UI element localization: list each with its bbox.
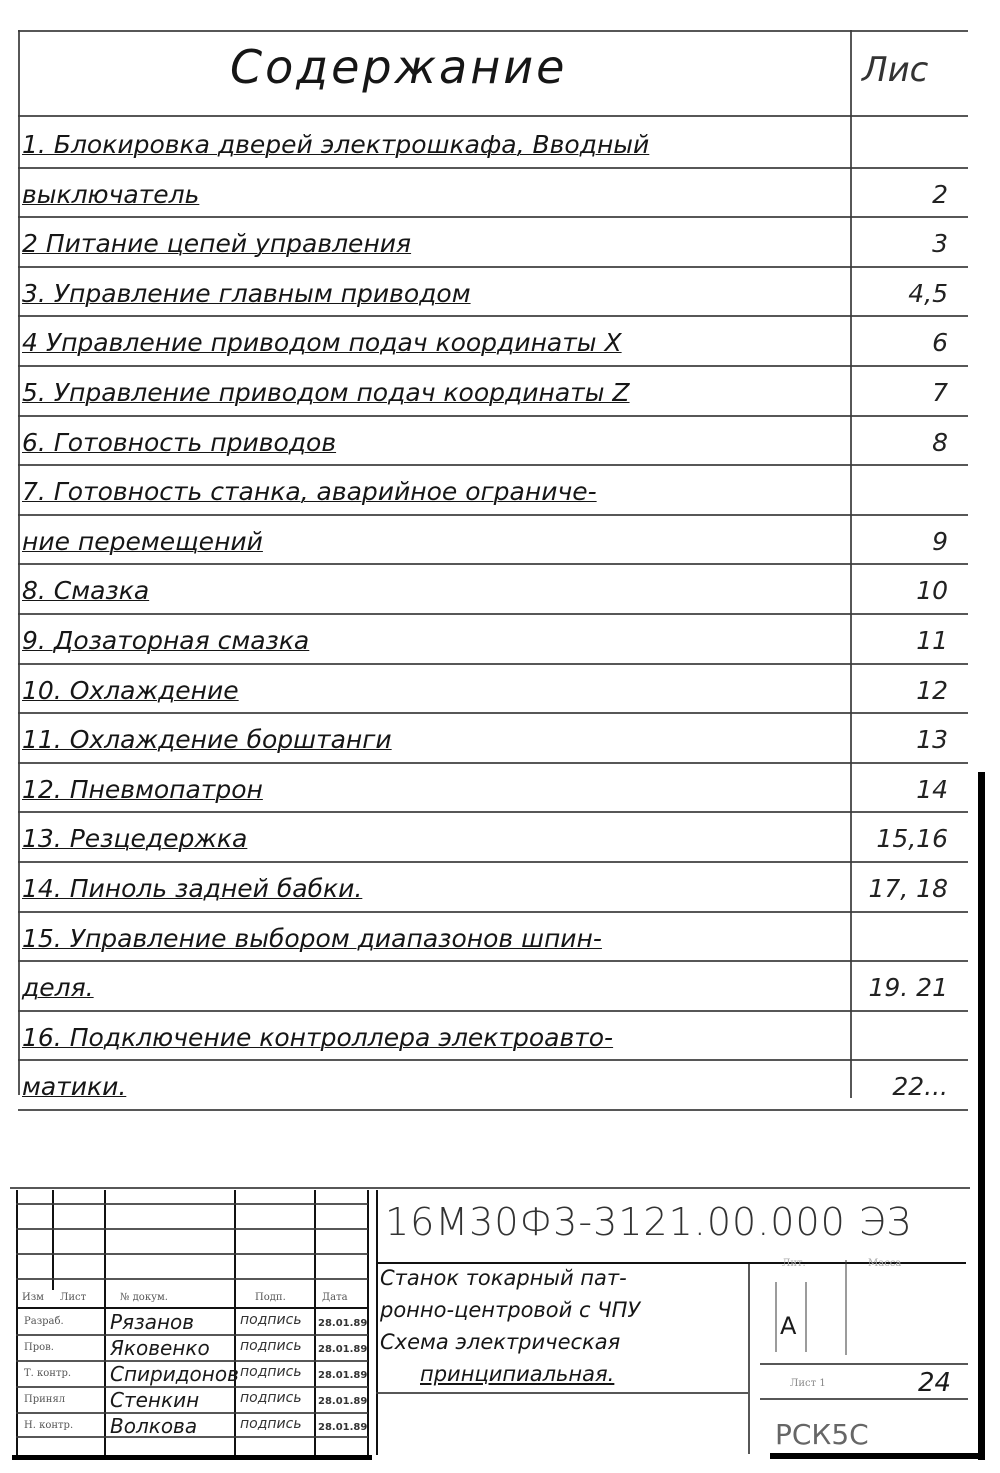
tb-divider: [845, 1260, 847, 1355]
tb-row-line: [16, 1278, 368, 1280]
contents-entry-line: деля.: [22, 973, 94, 1002]
row-rule: [18, 960, 968, 962]
approval-date: 28.01.89: [318, 1344, 367, 1355]
approval-date: 28.01.89: [318, 1422, 367, 1433]
col-header-change: Изм: [22, 1292, 44, 1303]
row-rule: [18, 514, 968, 516]
approval-date: 28.01.89: [318, 1396, 367, 1407]
contents-entry-line: 7. Готовность станка, аварийное ограниче…: [22, 477, 597, 506]
contents-entry-sheet: 8: [932, 428, 948, 457]
row-rule: [18, 1010, 968, 1012]
row-rule: [18, 365, 968, 367]
contents-entry-line: 6. Готовность приводов: [22, 428, 336, 457]
contents-entry-line: 5. Управление приводом подач координаты …: [22, 378, 630, 407]
row-rule: [18, 1109, 968, 1111]
lit-value: А: [780, 1312, 796, 1340]
contents-entry-line: 15. Управление выбором диапазонов шпин-: [22, 924, 602, 953]
tb-row-line: [16, 1253, 368, 1255]
organization: РСК5С: [775, 1418, 869, 1451]
tb-divider: [52, 1190, 54, 1290]
document-code: 16М30Ф3-3121.00.000 ЭЗ: [385, 1200, 912, 1244]
tb-divider: [376, 1190, 378, 1455]
approval-name: Рязанов: [110, 1310, 194, 1334]
approval-name: Стенкин: [110, 1388, 199, 1412]
contents-entry-line: матики.: [22, 1072, 126, 1101]
row-rule: [18, 861, 968, 863]
approval-role: Принял: [24, 1394, 65, 1405]
tb-divider: [805, 1282, 807, 1352]
row-rule: [18, 266, 968, 268]
approval-role: Пров.: [24, 1342, 54, 1353]
approval-role: Т. контр.: [24, 1368, 71, 1379]
contents-entry-line: 12. Пневмопатрон: [22, 775, 263, 804]
description-line: принципиальная.: [420, 1362, 614, 1386]
tb-row-line: [760, 1398, 968, 1400]
lit-label: Лит.: [782, 1258, 806, 1269]
approval-signature: подпись: [240, 1338, 302, 1354]
row-rule: [18, 464, 968, 466]
contents-entry-line: 9. Дозаторная смазка: [22, 626, 309, 655]
contents-entry-sheet: 7: [932, 378, 948, 407]
contents-entry-line: 1. Блокировка дверей электрошкафа, Вводн…: [22, 130, 649, 159]
tb-divider: [748, 1264, 750, 1454]
approval-signature: подпись: [240, 1416, 302, 1432]
description-line: Схема электрическая: [380, 1330, 620, 1354]
approval-signature: подпись: [240, 1390, 302, 1406]
contents-entry-line: 8. Смазка: [22, 576, 149, 605]
approval-signature: подпись: [240, 1364, 302, 1380]
tb-desc-bottom-line: [376, 1392, 748, 1394]
contents-entry-line: 14. Пиноль задней бабки.: [22, 874, 362, 903]
approval-name: Волкова: [110, 1414, 197, 1438]
contents-entry-sheet: 9: [932, 527, 948, 556]
row-rule: [18, 712, 968, 714]
description-line: Станок токарный пат-: [380, 1266, 627, 1290]
contents-entry-sheet: 13: [916, 725, 948, 754]
sheets-total: 24: [918, 1368, 951, 1398]
row-rule: [18, 415, 968, 417]
contents-entry-sheet: 15,16: [876, 824, 948, 853]
contents-entry-sheet: 17, 18: [868, 874, 948, 903]
row-rule: [18, 167, 968, 169]
approval-date: 28.01.89: [318, 1370, 367, 1381]
description-line: ронно-центровой с ЧПУ: [380, 1298, 640, 1322]
contents-entry-line: 3. Управление главным приводом: [22, 279, 471, 308]
approval-signature: подпись: [240, 1312, 302, 1328]
approval-role: Разраб.: [24, 1316, 64, 1327]
row-rule: [18, 1059, 968, 1061]
contents-entry-sheet: 14: [916, 775, 948, 804]
contents-entry-sheet: 11: [916, 626, 948, 655]
contents-entry-sheet: 3: [932, 229, 948, 258]
contents-entry-line: 16. Подключение контроллера электроавто-: [22, 1023, 613, 1052]
col-header-signature: Подп.: [255, 1292, 286, 1303]
tb-header-line: [16, 1307, 368, 1309]
row-rule: [18, 911, 968, 913]
contents-entry-sheet: 22...: [892, 1072, 948, 1101]
sheet-label: Лист 1: [790, 1378, 826, 1389]
contents-entry-sheet: 10: [916, 576, 948, 605]
tb-row-line: [16, 1203, 368, 1205]
page-title: Содержание: [230, 40, 567, 94]
contents-entry-line: 11. Охлаждение борштанги: [22, 725, 392, 754]
contents-entry-line: 4 Управление приводом подач координаты Х: [22, 328, 622, 357]
row-rule: [18, 811, 968, 813]
row-rule: [18, 216, 968, 218]
contents-entry-line: ние перемещений: [22, 527, 263, 556]
approval-date: 28.01.89: [318, 1318, 367, 1329]
row-rule: [18, 762, 968, 764]
col-header-sheet: Лист: [60, 1292, 86, 1303]
col-header-doc-no: № докум.: [120, 1292, 168, 1303]
row-rule: [18, 563, 968, 565]
tb-row-line: [760, 1363, 968, 1365]
frame-bottom-border: [770, 1453, 985, 1459]
contents-entry-sheet: 6: [932, 328, 948, 357]
contents-entry-line: 10. Охлаждение: [22, 676, 239, 705]
contents-entry-line: 13. Резцедержка: [22, 824, 247, 853]
contents-entry-sheet: 12: [916, 676, 948, 705]
approval-role: Н. контр.: [24, 1420, 73, 1431]
row-rule: [18, 315, 968, 317]
tb-divider: [775, 1282, 777, 1352]
approval-name: Спиридонов: [110, 1362, 239, 1386]
row-rule: [18, 663, 968, 665]
tb-bottom-border: [12, 1455, 372, 1460]
header-rule: [18, 115, 968, 117]
sheet-column-header: Лис: [862, 50, 928, 90]
contents-entry-sheet: 2: [932, 180, 948, 209]
contents-entry-line: выключатель: [22, 180, 199, 209]
contents-entry-line: 2 Питание цепей управления: [22, 229, 411, 258]
tb-row-line: [16, 1228, 368, 1230]
contents-entry-sheet: 19. 21: [868, 973, 948, 1002]
contents-entry-sheet: 4,5: [908, 279, 948, 308]
row-rule: [18, 613, 968, 615]
table-top-border: [18, 30, 968, 32]
frame-right-border: [978, 772, 985, 1460]
approval-name: Яковенко: [110, 1336, 210, 1360]
title-block-top-border: [10, 1187, 970, 1189]
col-header-date: Дата: [322, 1292, 348, 1303]
mass-label: Масса: [868, 1258, 901, 1269]
